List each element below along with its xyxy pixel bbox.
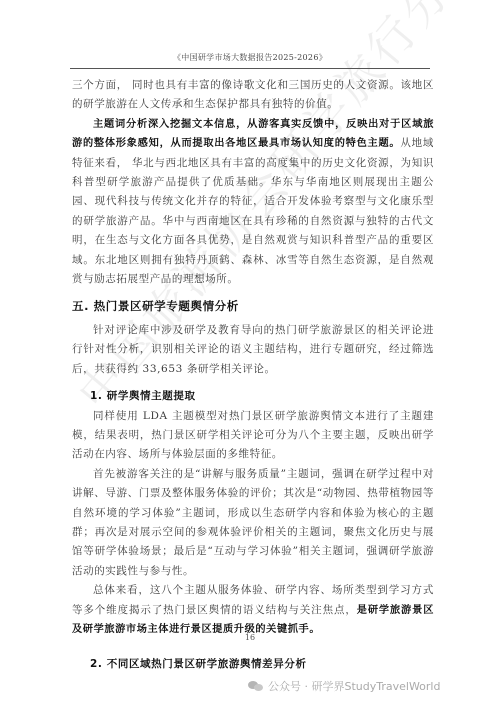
paragraph-4: 同样使用 LDA 主题模型对热门景区研学旅游舆情文本进行了主题建模，结果表明，热… bbox=[72, 407, 434, 465]
page-number: 16 bbox=[0, 633, 500, 642]
wechat-icon bbox=[248, 680, 264, 692]
subsection-heading-1: 1. 研学舆情主题提取 bbox=[90, 387, 434, 406]
section-heading-5: 五. 热门景区研学专题舆情分析 bbox=[72, 297, 434, 316]
document-header-title: 《中国研学市场大数据报告2025-2026》 bbox=[0, 52, 500, 63]
paragraph-6: 总体来看，这八个主题从服务体验、研学内容、场所类型到学习方式等多个维度揭示了热门… bbox=[72, 581, 434, 639]
header-divider bbox=[70, 68, 430, 69]
subsection-heading-2: 2. 不同区域热门景区研学旅游舆情差异分析 bbox=[90, 655, 434, 674]
paragraph-2-emphasis: 主题词分析深入挖掘文本信息，从游客真实反馈中，反映出对于区域旅游的整体形象感知，… bbox=[72, 119, 434, 149]
paragraph-1: 三个方面， 同时也具有丰富的像诗歌文化和三国历史的人文资源。该地区的研学旅游在人… bbox=[72, 76, 434, 115]
paragraph-3: 针对评论库中涉及研学及教育导向的热门研学旅游景区的相关评论进行针对性分析，识别相… bbox=[72, 321, 434, 379]
paragraph-2: 主题词分析深入挖掘文本信息，从游客真实反馈中，反映出对于区域旅游的整体形象感知，… bbox=[72, 115, 434, 290]
footer-brand-text: 公众号 · 研学界StudyTravelWorld bbox=[268, 678, 440, 694]
footer-brand: 公众号 · 研学界StudyTravelWorld bbox=[248, 678, 440, 694]
page-body: 三个方面， 同时也具有丰富的像诗歌文化和三国历史的人文资源。该地区的研学旅游在人… bbox=[72, 76, 434, 675]
paragraph-2-text: 从地域特征来看， 华北与西北地区具有丰富的高度集中的历史文化资源，为知识科普型研… bbox=[72, 137, 434, 285]
paragraph-5: 首先被游客关注的是“讲解与服务质量”主题词，强调在研学过程中对讲解、导游、门票及… bbox=[72, 465, 434, 581]
